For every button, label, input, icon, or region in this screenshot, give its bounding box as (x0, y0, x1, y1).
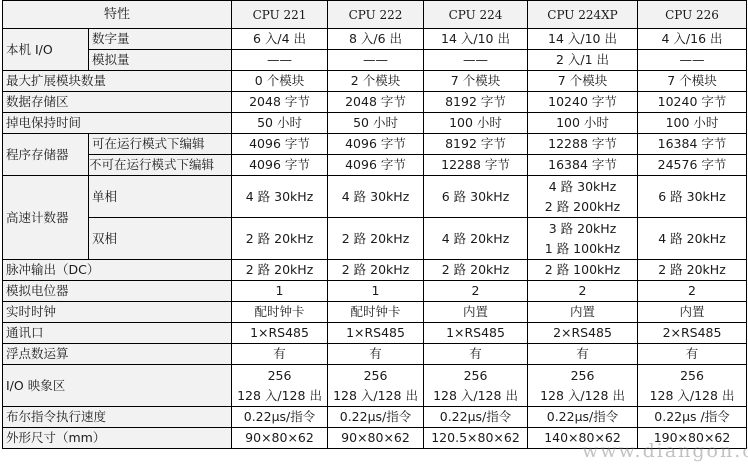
cell-line: 6 路 30kHz (427, 187, 524, 207)
cell: 1×RS485 (232, 323, 328, 344)
cell: 24576 字节 (638, 155, 747, 176)
cell: 14 入/10 出 (528, 29, 638, 50)
cell: 0.22μs/指令 (424, 407, 528, 428)
cell: 2×RS485 (638, 323, 747, 344)
row-label: 最大扩展模块数量 (3, 71, 232, 92)
cell: 3 路 20kHz1 路 100kHz (528, 218, 638, 260)
table-row: 浮点数运算 有 有 有 有 有 (3, 344, 747, 365)
cell: 16384 字节 (638, 134, 747, 155)
cell: —— (232, 50, 328, 71)
row-group-label: 高速计数器 (3, 176, 89, 260)
cell: 12288 字节 (424, 155, 528, 176)
table-row: 掉电保持时间 50 小时 50 小时 100 小时 100 小时 100 小时 (3, 113, 747, 134)
cell-line: 4 路 20kHz (427, 229, 524, 249)
cell: 10240 字节 (638, 92, 747, 113)
row-group-label: 本机 I/O (3, 29, 89, 71)
row-label: 不可在运行模式下编辑 (89, 155, 232, 176)
cell-line: 256 (531, 366, 634, 386)
cell: 2 路 100kHz (528, 260, 638, 281)
cell: 0.22μs/指令 (232, 407, 328, 428)
row-label: 通讯口 (3, 323, 232, 344)
cell: 内置 (528, 302, 638, 323)
cell: 2 (424, 281, 528, 302)
cell: 10240 字节 (528, 92, 638, 113)
cell-line: 256 (331, 366, 420, 386)
cell: 7 个模块 (424, 71, 528, 92)
cell: 0.22μs/指令 (328, 407, 424, 428)
cell: 0 个模块 (232, 71, 328, 92)
cell-line: 6 路 30kHz (641, 187, 743, 207)
cell: 2 路 20kHz (328, 260, 424, 281)
cell: 16384 字节 (528, 155, 638, 176)
cell: 0.22μs /指令 (638, 407, 747, 428)
row-label: 数据存储区 (3, 92, 232, 113)
cell: —— (328, 50, 424, 71)
row-label: I/O 映象区 (3, 365, 232, 407)
cell: 2048 字节 (328, 92, 424, 113)
cell: 2 (638, 281, 747, 302)
cell: 12288 字节 (528, 134, 638, 155)
table-row: 模拟电位器 1 1 2 2 2 (3, 281, 747, 302)
cell: 有 (424, 344, 528, 365)
cpu-header: CPU 224 (424, 1, 528, 29)
table-row: 程序存储器 可在运行模式下编辑 4096 字节 4096 字节 8192 字节 … (3, 134, 747, 155)
cell: 配时钟卡 (232, 302, 328, 323)
cell: 4096 字节 (328, 155, 424, 176)
cell: —— (638, 50, 747, 71)
cell: 4 路 20kHz (424, 218, 528, 260)
cell: 256128 入/128 出 (638, 365, 747, 407)
cell-line: 256 (427, 366, 524, 386)
cell: 100 小时 (528, 113, 638, 134)
cell: 90×80×62 (232, 428, 328, 449)
cell: 4 路 30kHz2 路 200kHz (528, 176, 638, 218)
cell-line: 4 路 30kHz (331, 187, 420, 207)
cell: 2 路 20kHz (424, 260, 528, 281)
cell: 6 路 30kHz (638, 176, 747, 218)
cell-line: 4 路 30kHz (235, 187, 324, 207)
cell: 100 小时 (424, 113, 528, 134)
cell: 2048 字节 (232, 92, 328, 113)
cell: 14 入/10 出 (424, 29, 528, 50)
cell: 配时钟卡 (328, 302, 424, 323)
cell-line: 128 入/128 出 (427, 386, 524, 406)
cell-line: 256 (235, 366, 324, 386)
cell: 2×RS485 (528, 323, 638, 344)
table-row: 最大扩展模块数量 0 个模块 2 个模块 7 个模块 7 个模块 7 个模块 (3, 71, 747, 92)
cell: 4 路 30kHz (328, 176, 424, 218)
cell: 7 个模块 (638, 71, 747, 92)
cell: 1 (328, 281, 424, 302)
cell: 6 入/4 出 (232, 29, 328, 50)
cell: 190×80×62 (638, 428, 747, 449)
row-label: 单相 (89, 176, 232, 218)
cell: 256128 入/128 出 (424, 365, 528, 407)
cell: 有 (232, 344, 328, 365)
cell: 4 入/16 出 (638, 29, 747, 50)
table-row: 实时时钟 配时钟卡 配时钟卡 内置 内置 内置 (3, 302, 747, 323)
row-label: 模拟电位器 (3, 281, 232, 302)
table-row: 外形尺寸（mm） 90×80×62 90×80×62 120.5×80×62 1… (3, 428, 747, 449)
cell: 8192 字节 (424, 134, 528, 155)
cell: 4096 字节 (232, 134, 328, 155)
cell: 7 个模块 (528, 71, 638, 92)
cell: 2 路 20kHz (232, 260, 328, 281)
table-row: 通讯口 1×RS485 1×RS485 1×RS485 2×RS485 2×RS… (3, 323, 747, 344)
cell: 2 个模块 (328, 71, 424, 92)
header-row: 特性 CPU 221 CPU 222 CPU 224 CPU 224XP CPU… (3, 1, 747, 29)
cell: 有 (328, 344, 424, 365)
cell: 50 小时 (328, 113, 424, 134)
cell: 4 路 30kHz (232, 176, 328, 218)
cell: 50 小时 (232, 113, 328, 134)
cell-line: 128 入/128 出 (235, 386, 324, 406)
cell: 120.5×80×62 (424, 428, 528, 449)
cell-line: 128 入/128 出 (641, 386, 743, 406)
cell: 有 (638, 344, 747, 365)
cpu-header: CPU 221 (232, 1, 328, 29)
cell: 8 入/6 出 (328, 29, 424, 50)
cell: 0.22μs/指令 (528, 407, 638, 428)
cell-line: 2 路 200kHz (531, 197, 634, 217)
table-row: 模拟量 —— —— —— 2 入/1 出 —— (3, 50, 747, 71)
row-label: 双相 (89, 218, 232, 260)
cell: 100 小时 (638, 113, 747, 134)
cell-line: 128 入/128 出 (331, 386, 420, 406)
table-row: 布尔指令执行速度 0.22μs/指令 0.22μs/指令 0.22μs/指令 0… (3, 407, 747, 428)
cell: 256128 入/128 出 (328, 365, 424, 407)
cell: 90×80×62 (328, 428, 424, 449)
cell: 8192 字节 (424, 92, 528, 113)
row-group-label: 程序存储器 (3, 134, 89, 176)
cell-line: 4 路 30kHz (531, 177, 634, 197)
table-row: 不可在运行模式下编辑 4096 字节 4096 字节 12288 字节 1638… (3, 155, 747, 176)
cell-line: 128 入/128 出 (531, 386, 634, 406)
cell: 6 路 30kHz (424, 176, 528, 218)
cell: 有 (528, 344, 638, 365)
row-label: 外形尺寸（mm） (3, 428, 232, 449)
cell-line: 2 路 20kHz (235, 229, 324, 249)
cell-line: 256 (641, 366, 743, 386)
feature-header: 特性 (3, 1, 232, 29)
cell-line: 1 路 100kHz (531, 239, 634, 259)
cell: 2 路 20kHz (232, 218, 328, 260)
cell: 4096 字节 (232, 155, 328, 176)
row-label: 布尔指令执行速度 (3, 407, 232, 428)
row-label: 浮点数运算 (3, 344, 232, 365)
table-row: I/O 映象区 256128 入/128 出 256128 入/128 出 25… (3, 365, 747, 407)
table-row: 高速计数器 单相 4 路 30kHz 4 路 30kHz 6 路 30kHz 4… (3, 176, 747, 218)
cell: 2 路 20kHz (638, 260, 747, 281)
table-row: 数据存储区 2048 字节 2048 字节 8192 字节 10240 字节 1… (3, 92, 747, 113)
table-row: 双相 2 路 20kHz 2 路 20kHz 4 路 20kHz 3 路 20k… (3, 218, 747, 260)
row-label: 掉电保持时间 (3, 113, 232, 134)
table-row: 本机 I/O 数字量 6 入/4 出 8 入/6 出 14 入/10 出 14 … (3, 29, 747, 50)
cpu-header: CPU 224XP (528, 1, 638, 29)
cell: —— (424, 50, 528, 71)
cell: 4096 字节 (328, 134, 424, 155)
cell: 256128 入/128 出 (232, 365, 328, 407)
cell: 内置 (424, 302, 528, 323)
cell: 1×RS485 (424, 323, 528, 344)
cpu-header: CPU 222 (328, 1, 424, 29)
cell-line: 4 路 20kHz (641, 229, 743, 249)
cell-line: 3 路 20kHz (531, 219, 634, 239)
cpu-spec-table: 特性 CPU 221 CPU 222 CPU 224 CPU 224XP CPU… (2, 0, 747, 449)
cell: 256128 入/128 出 (528, 365, 638, 407)
table-row: 脉冲输出（DC） 2 路 20kHz 2 路 20kHz 2 路 20kHz 2… (3, 260, 747, 281)
cell-line: 2 路 20kHz (331, 229, 420, 249)
cell: 1×RS485 (328, 323, 424, 344)
cell: 140×80×62 (528, 428, 638, 449)
cell: 4 路 20kHz (638, 218, 747, 260)
cell: 2 (528, 281, 638, 302)
cell: 1 (232, 281, 328, 302)
row-label: 实时时钟 (3, 302, 232, 323)
cell: 内置 (638, 302, 747, 323)
cell: 2 路 20kHz (328, 218, 424, 260)
cell: 2 入/1 出 (528, 50, 638, 71)
row-label: 模拟量 (89, 50, 232, 71)
row-label: 脉冲输出（DC） (3, 260, 232, 281)
row-label: 可在运行模式下编辑 (89, 134, 232, 155)
cpu-header: CPU 226 (638, 1, 747, 29)
row-label: 数字量 (89, 29, 232, 50)
